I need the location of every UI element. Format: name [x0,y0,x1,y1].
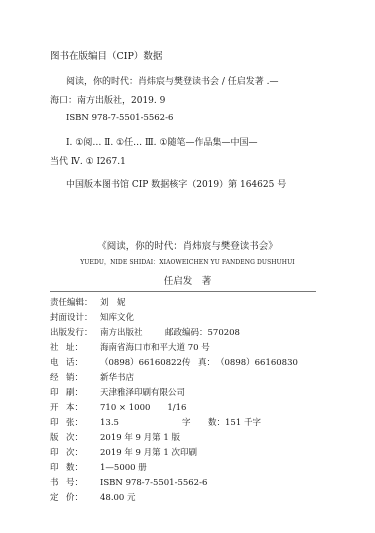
format-label-1: 开 [50,402,66,414]
colophon-phone: 电话：（0898）66160822 传真：（0898）66160830 [50,357,350,369]
format-label-2: 本： [66,402,100,414]
book-number-label-2: 号： [66,477,100,489]
colophon-address: 社址：海南省海口市和平大道 70 号 [50,342,210,354]
print-run-label-2: 数： [66,462,100,474]
price-value: 48.00 元 [100,492,136,504]
word-count: 字数：151 千字 [182,417,261,429]
printer-value: 天津雅泽印刷有限公司 [100,387,185,399]
print-run-label-1: 印 [50,462,66,474]
publisher-label: 出版发行： [50,327,100,339]
book-title: 《阅读，你的时代：肖炜宸与樊登读书会》 [0,241,375,253]
book-number-label-1: 书 [50,477,66,489]
cip-isbn: ISBN 978-7-5501-5562-6 [66,112,173,124]
cip-entry-line-1: 阅读，你的时代：肖炜宸与樊登读书会 / 任启发著 .— [66,76,278,88]
sheets-label-1: 印 [50,417,66,429]
book-author: 任启发 著 [0,276,375,288]
colophon-price: 定价：48.00 元 [50,492,136,504]
colophon-editor: 责任编辑：刘 妮 [50,297,126,309]
colophon-publisher: 出版发行：南方出版社 邮政编码：570208 [50,327,350,339]
distributor-label-2: 销： [66,372,100,384]
postcode-value: 570208 [208,328,240,338]
fax-label-2: 真： [198,357,216,369]
colophon-book-number: 书号：ISBN 978-7-5501-5562-6 [50,477,207,489]
price-label-1: 定 [50,492,66,504]
colophon-format: 开本：710 × 1000 1/16 [50,402,186,414]
fax: 传真：（0898）66160830 [182,357,298,369]
printer-label-1: 印 [50,387,66,399]
phone-label-2: 话： [66,357,100,369]
print-run-value: 1—5000 册 [100,462,147,474]
phone-label-1: 电 [50,357,66,369]
divider-rule [50,291,316,292]
printing-label-1: 印 [50,447,66,459]
colophon-cover-design: 封面设计：知库文化 [50,312,134,324]
printing-value: 2019 年 9 月第 1 次印刷 [100,447,197,459]
sheets-value: 13.5 [100,417,119,429]
publisher-value: 南方出版社 [100,327,143,339]
book-number-value: ISBN 978-7-5501-5562-6 [100,477,207,489]
edition-label-2: 次： [66,432,100,444]
format-value: 710 × 1000 1/16 [100,402,186,414]
colophon-printer: 印刷：天津雅泽印刷有限公司 [50,387,185,399]
book-title-pinyin: YUEDU，NIDE SHIDAI：XIAOWEICHEN YU FANDENG… [0,257,375,269]
cip-class-line-1: Ⅰ. ①阅… Ⅱ. ①任… Ⅲ. ①随笔—作品集—中国— [66,137,257,149]
word-count-label-2: 数： [208,417,225,429]
colophon-edition: 版次：2019 年 9 月第 1 版 [50,432,180,444]
distributor-label-1: 经 [50,372,66,384]
address-label-2: 址： [66,342,100,354]
postcode-label: 邮政编码： [165,328,208,338]
address-value: 海南省海口市和平大道 70 号 [100,342,210,354]
editor-label: 责任编辑： [50,297,100,309]
cip-class-line-2: 当代 Ⅳ. ① I267.1 [50,156,126,168]
cover-design-value: 知库文化 [100,312,134,324]
cover-design-label: 封面设计： [50,312,100,324]
fax-value: （0898）66160830 [216,358,298,368]
colophon-print-run: 印数：1—5000 册 [50,462,147,474]
sheets-label-2: 张： [66,417,100,429]
word-count-value: 151 千字 [225,418,261,428]
printer-label-2: 刷： [66,387,100,399]
edition-label-1: 版 [50,432,66,444]
price-label-2: 价： [66,492,100,504]
colophon-distributor: 经销：新华书店 [50,372,134,384]
address-label-1: 社 [50,342,66,354]
postcode: 邮政编码：570208 [165,327,240,339]
fax-label-1: 传 [182,357,198,369]
distributor-value: 新华书店 [100,372,134,384]
printing-label-2: 次： [66,447,100,459]
cip-heading: 图书在版编目（CIP）数据 [50,51,162,63]
edition-value: 2019 年 9 月第 1 版 [100,432,180,444]
editor-value: 刘 妮 [100,297,126,309]
word-count-label-1: 字 [182,417,208,429]
colophon-sheets: 印张：13.5 字数：151 千字 [50,417,350,429]
colophon-printing: 印次：2019 年 9 月第 1 次印刷 [50,447,197,459]
phone-value: （0898）66160822 [100,357,182,369]
cip-number: 中国版本图书馆 CIP 数据核字（2019）第 164625 号 [66,179,286,191]
cip-entry-line-2: 海口：南方出版社，2019. 9 [50,95,165,107]
